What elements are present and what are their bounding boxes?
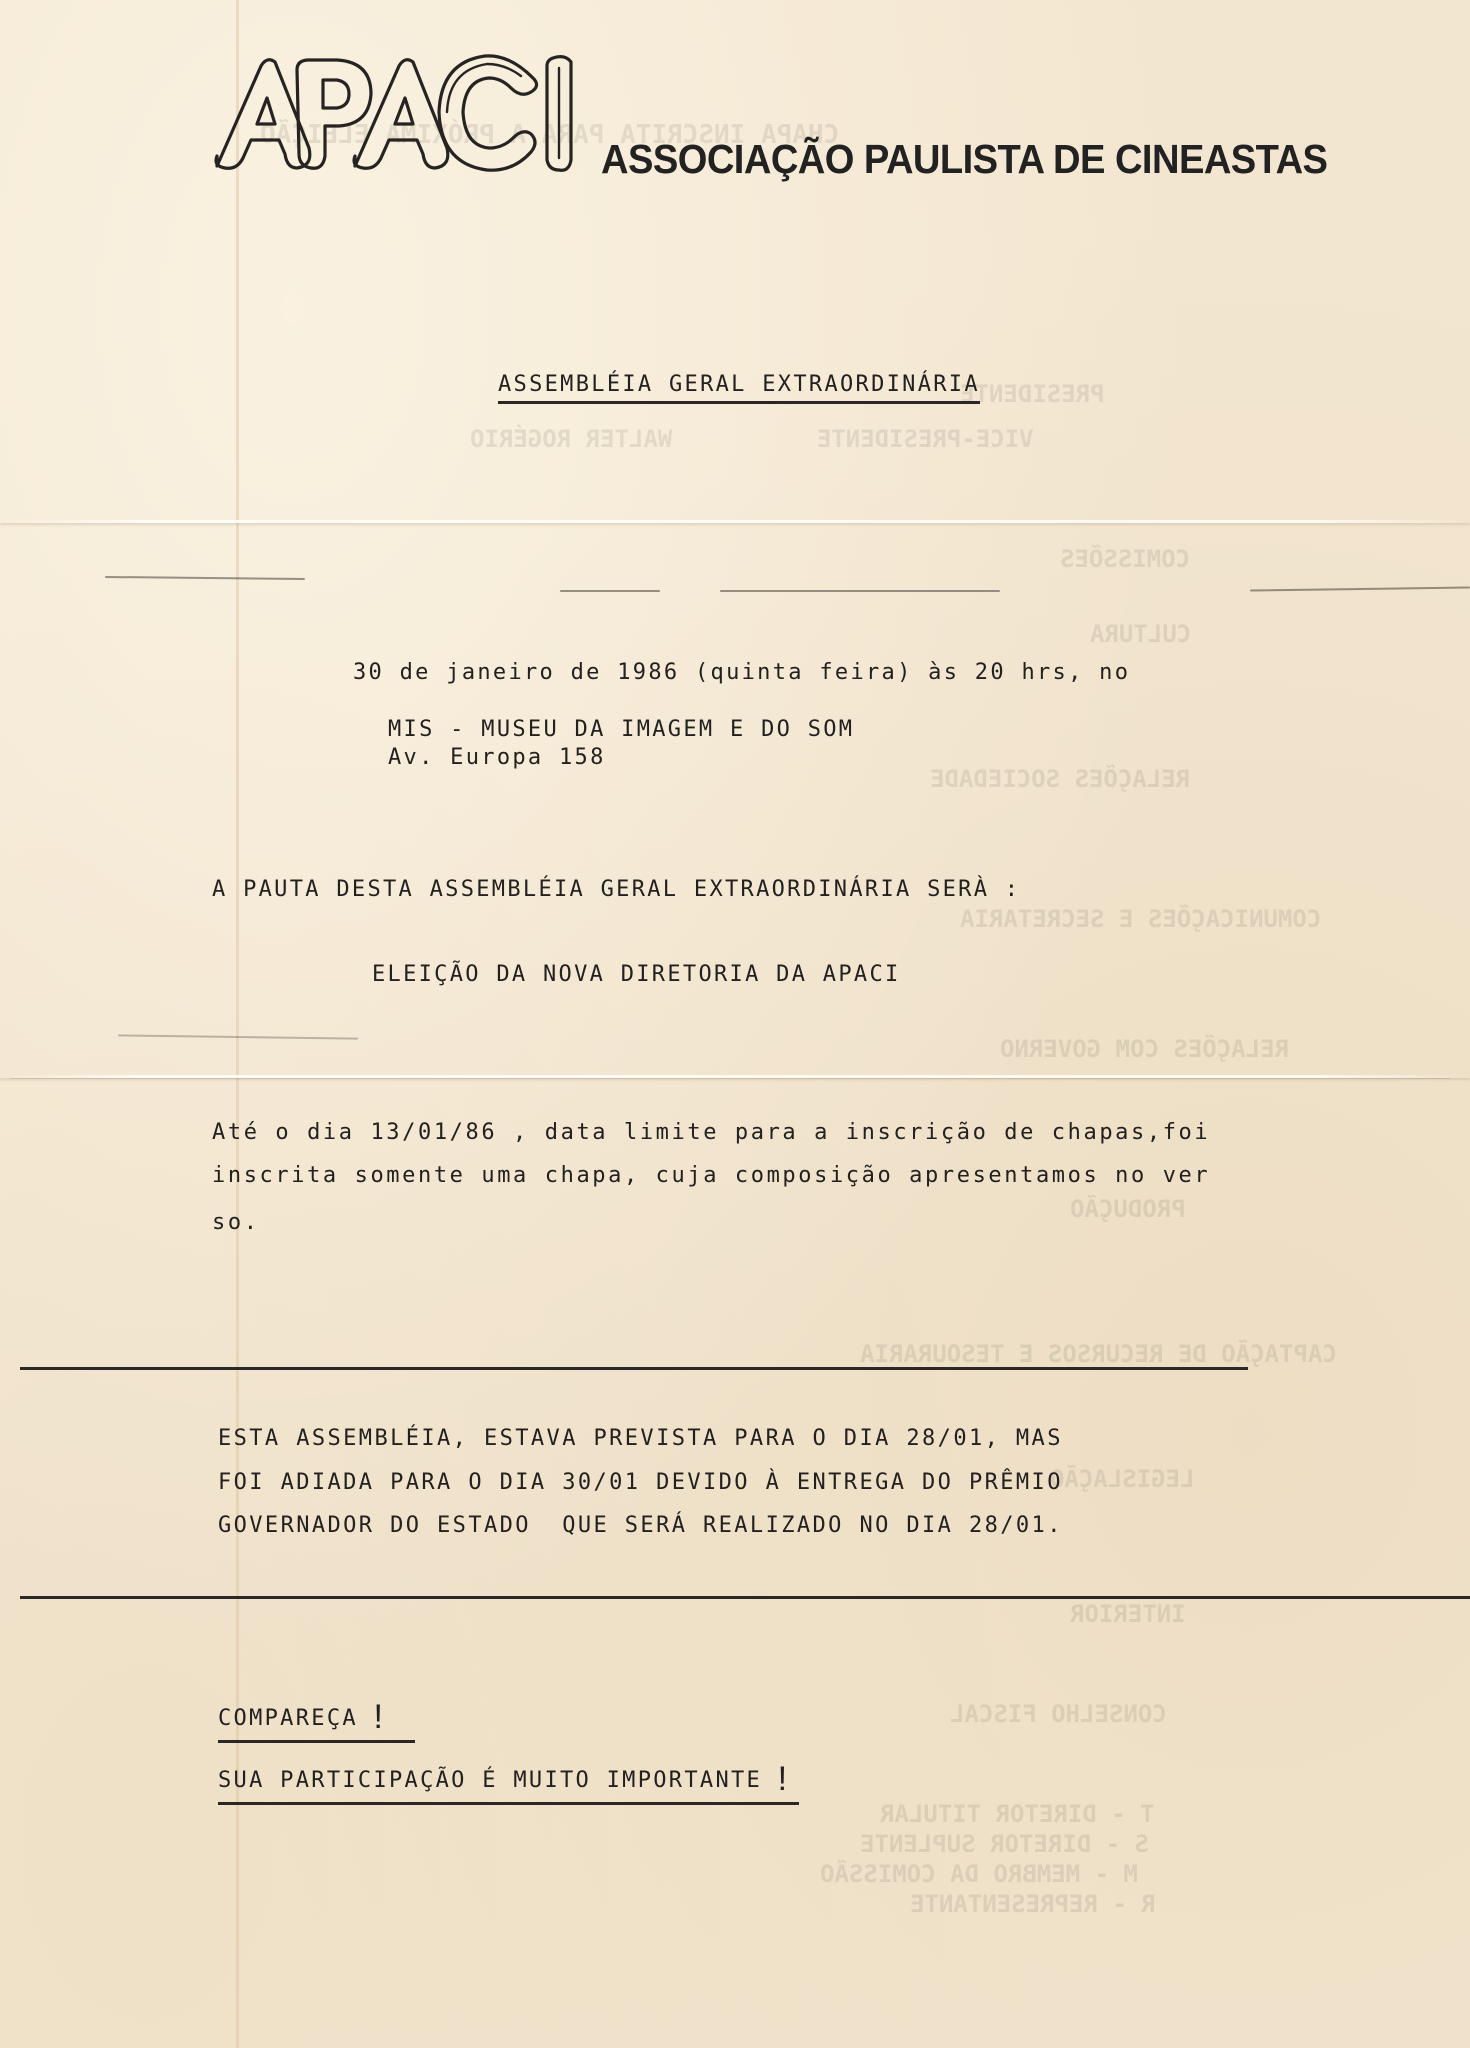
bleed-through-text: RELAÇÕES COM GOVERNO	[1000, 1035, 1289, 1063]
registration-note-line: Até o dia 13/01/86 , data limite para a …	[212, 1120, 1210, 1145]
ink-smudge	[560, 590, 660, 592]
bleed-through-text: PRESIDENTE	[960, 380, 1105, 408]
meeting-address: Av. Europa 158	[388, 745, 606, 770]
bleed-through-text: M - MEMBRO DA COMISSÃO	[820, 1860, 1138, 1888]
registration-note-line: inscrita somente uma chapa, cuja composi…	[212, 1163, 1210, 1188]
meeting-date: 30 de janeiro de 1986 (quinta feira) às …	[353, 660, 1130, 685]
agenda-item: ELEIÇÃO DA NOVA DIRETORIA DA APACI	[372, 962, 901, 987]
document-title: ASSEMBLÉIA GERAL EXTRAORDINÁRIA	[498, 372, 980, 404]
bleed-through-text: CONSELHO FISCAL	[950, 1700, 1167, 1728]
bleed-through-text: T - DIRETOR TITULAR	[880, 1800, 1155, 1828]
meeting-venue: MIS - MUSEU DA IMAGEM E DO SOM	[388, 717, 854, 742]
registration-note-line: so.	[212, 1210, 260, 1235]
bleed-through-text: VICE-PRESIDENTE WALTER ROGÉRIO	[470, 425, 1034, 453]
divider-rule	[20, 1596, 1470, 1599]
bleed-through-text: CULTURA	[1090, 620, 1191, 648]
attend-text: COMPAREÇA	[218, 1706, 358, 1731]
exclamation-mark: !	[373, 1698, 385, 1736]
exclamation-mark: !	[778, 1760, 790, 1798]
agenda-intro: A PAUTA DESTA ASSEMBLÉIA GERAL EXTRAORDI…	[212, 877, 1020, 902]
ink-smudge	[720, 590, 1000, 592]
bleed-through-text: PRODUÇÃO	[1070, 1195, 1186, 1223]
ink-smudge	[10, 1078, 1450, 1079]
apaci-logo-icon: APACI	[209, 48, 599, 178]
organization-name: ASSOCIAÇÃO PAULISTA DE CINEASTAS	[601, 136, 1327, 183]
postponement-line: FOI ADIADA PARA O DIA 30/01 DEVIDO À ENT…	[218, 1470, 1063, 1495]
bleed-through-text: RELAÇÕES SOCIEDADE	[930, 765, 1190, 793]
bleed-through-text: CAPTAÇÃO DE RECURSOS E TESOURARIA	[860, 1340, 1337, 1368]
paper-fold-horizontal	[0, 520, 1470, 523]
ink-smudge	[1250, 586, 1470, 591]
bleed-through-text: R - REPRESENTANTE	[910, 1890, 1156, 1918]
participation-text: SUA PARTICIPAÇÃO É MUITO IMPORTANTE	[218, 1768, 762, 1793]
bleed-through-text: COMUNICAÇÕES E SECRETARIA	[960, 905, 1321, 933]
bleed-through-text: S - DIRETOR SUPLENTE	[860, 1830, 1149, 1858]
call-to-action-attend: COMPAREÇA !	[218, 1698, 415, 1743]
postponement-line: ESTA ASSEMBLÉIA, ESTAVA PREVISTA PARA O …	[218, 1426, 1063, 1451]
postponement-line: GOVERNADOR DO ESTADO QUE SERÁ REALIZADO …	[218, 1513, 1063, 1538]
call-to-action-participation: SUA PARTICIPAÇÃO É MUITO IMPORTANTE !	[218, 1760, 799, 1805]
bleed-through-text: INTERIOR	[1070, 1600, 1186, 1628]
bleed-through-text: COMISSÕES	[1060, 545, 1190, 573]
ink-smudge	[105, 576, 305, 580]
divider-rule	[20, 1367, 1248, 1370]
bleed-through-text: LEGISLAÇÃO	[1050, 1465, 1195, 1493]
